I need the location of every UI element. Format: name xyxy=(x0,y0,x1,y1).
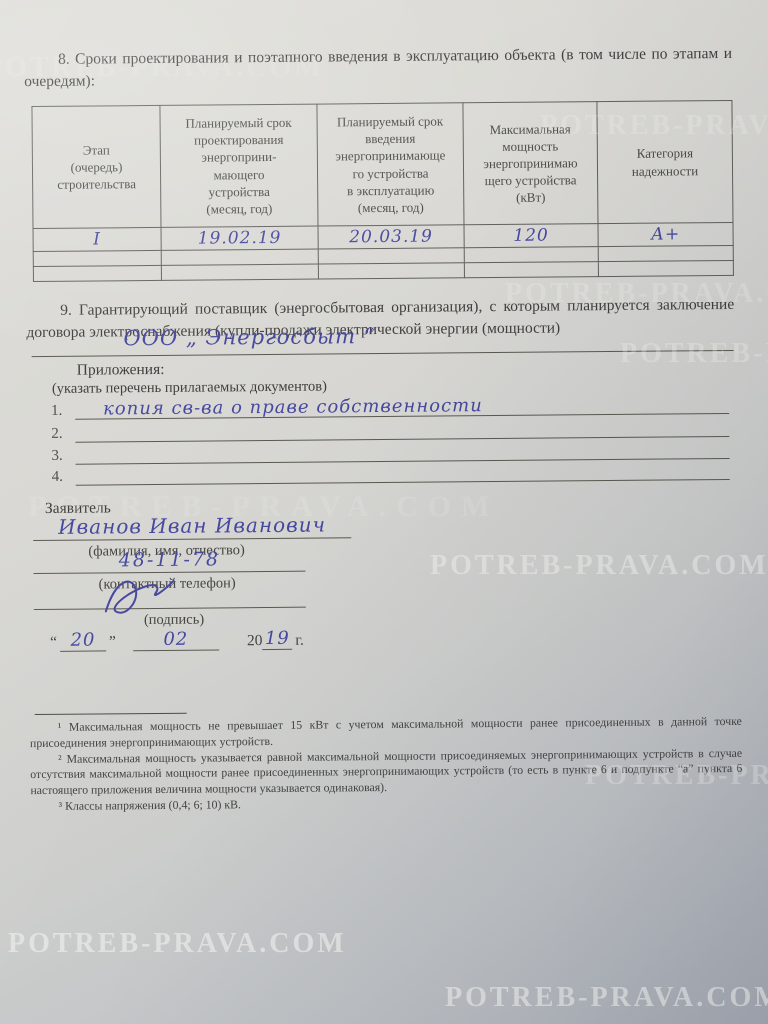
supplier-fill-line: ООО „ Энергосбыт “ xyxy=(31,327,733,357)
date-month-value: 02 xyxy=(163,629,188,650)
stages-table: Этап (очередь) строительства Планируемый… xyxy=(31,100,734,282)
empty-cell xyxy=(318,263,464,279)
col-header-commission-term: Планируемый срок введения энергопринимаю… xyxy=(317,103,464,226)
footnote-separator xyxy=(35,713,187,715)
attachment-item-number: 4. xyxy=(52,469,76,486)
date-century-printed: 20 xyxy=(247,632,263,650)
cell-reliability-value: А+ xyxy=(598,222,733,246)
empty-cell xyxy=(464,247,598,263)
close-quote: ” xyxy=(106,633,119,651)
col-header-reliability: Категория надежности xyxy=(597,100,733,223)
empty-cell xyxy=(318,248,464,264)
open-quote: “ xyxy=(47,634,60,652)
date-month-fill: 02 xyxy=(133,628,219,651)
empty-cell xyxy=(33,250,161,266)
attachment-item-number: 2. xyxy=(51,426,75,443)
cell-stage-value: I xyxy=(33,227,161,251)
date-day-fill: 20 xyxy=(60,629,106,651)
date-year-value: 19 xyxy=(265,628,290,649)
date-day-value: 20 xyxy=(70,630,95,651)
col-header-stage: Этап (очередь) строительства xyxy=(32,105,161,228)
attachment-handwritten-value: копия св-ва о праве собственности xyxy=(75,395,483,420)
footnote-2: ² Максимальная мощность указывается равн… xyxy=(30,745,742,799)
cell-commission-date-value: 20.03.19 xyxy=(318,225,464,249)
col-header-max-power: Максимальная мощность энергопринимаю щег… xyxy=(463,102,598,225)
empty-cell xyxy=(464,262,598,278)
attachment-item: 4. xyxy=(52,459,730,486)
empty-cell xyxy=(33,265,161,281)
cell-design-date-value: 19.02.19 xyxy=(161,226,318,250)
section-8-paragraph: 8. Сроки проектирования и поэтапного вве… xyxy=(24,43,732,93)
attachment-item-number: 1. xyxy=(51,403,75,420)
name-handwritten-value: Иванов Иван Иванович xyxy=(58,513,326,539)
signature-hint: (подпись) xyxy=(144,612,204,630)
table-header-row: Этап (очередь) строительства Планируемый… xyxy=(32,100,733,228)
empty-cell xyxy=(161,249,318,265)
attachment-fill-line xyxy=(76,459,730,486)
attachment-item: 1. копия св-ва о праве собственности xyxy=(51,393,729,420)
empty-cell xyxy=(598,260,733,276)
attachments-title: Приложения: xyxy=(77,361,165,380)
signature-fill-line xyxy=(34,584,306,610)
supplier-handwritten-value: ООО „ Энергосбыт “ xyxy=(123,324,375,350)
photographed-form-page: POTREB-PRAVA.COM POTREB-PRAVA.COM POTREB… xyxy=(0,0,768,1024)
attachment-fill-line: копия св-ва о праве собственности xyxy=(75,393,729,420)
cell-max-power-value: 120 xyxy=(464,224,598,248)
date-year-suffix: г. xyxy=(295,632,304,650)
col-header-design-term: Планируемый срок проектирования энергопр… xyxy=(160,104,318,227)
name-fill-line: Иванов Иван Иванович xyxy=(33,512,351,541)
date-row: “ 20 ” 02 20 19 г. xyxy=(47,628,304,652)
footnotes-block: ¹ Максимальная мощность не превышает 15 … xyxy=(30,714,743,815)
phone-handwritten-value: 48-11-78 xyxy=(119,548,221,571)
empty-cell xyxy=(598,245,733,261)
date-year-fill: 19 xyxy=(262,628,292,650)
form-content: 8. Сроки проектирования и поэтапного вве… xyxy=(0,0,768,1024)
attachment-item-number: 3. xyxy=(51,448,75,465)
empty-cell xyxy=(161,264,318,280)
attachments-hint: (указать перечень прилагаемых документов… xyxy=(52,378,327,397)
